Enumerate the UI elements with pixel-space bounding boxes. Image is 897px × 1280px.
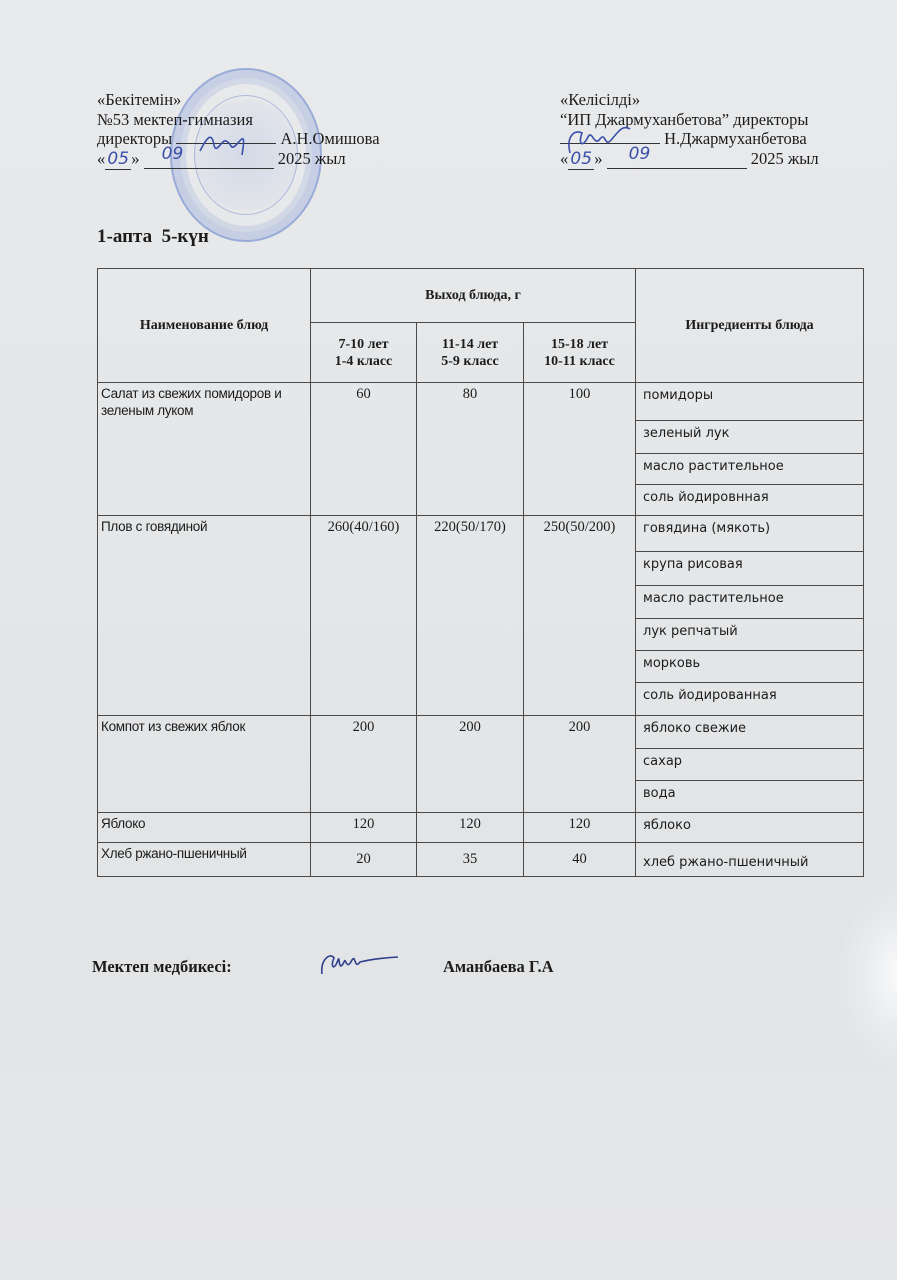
ingredient: вода [636,781,864,813]
dish-yield: 200 [417,716,524,813]
approval-left-date: «05» 09 2025 жыл [97,149,380,171]
approval-right: «Келісілді» “ИП Джармуханбетова” директо… [560,90,819,170]
approval-left-signature-line: директоры А.Н.Омишова [97,129,380,149]
dish-name: Плов с говядиной [98,516,311,716]
dish-yield: 40 [524,843,636,877]
header-age-group: 15-18 лет10-11 класс [524,323,636,383]
ingredient: говядина (мякоть) [636,516,864,552]
dish-yield: 120 [524,813,636,843]
dish-yield: 120 [311,813,417,843]
ingredient: хлеб ржано-пшеничный [636,843,864,877]
dish-yield: 60 [311,383,417,516]
week-day-heading: 1-апта 5-күн [97,226,209,248]
signature-left [176,143,276,144]
ingredient: морковь [636,651,864,683]
ingredient: лук репчатый [636,619,864,651]
ingredient: яблоко [636,813,864,843]
header-yield: Выход блюда, г [311,269,636,323]
dish-yield: 200 [524,716,636,813]
header-ingredients: Ингредиенты блюда [636,269,864,383]
dish-name: Компот из свежих яблок [98,716,311,813]
header-age-group: 11-14 лет5-9 класс [417,323,524,383]
ingredient: масло растительное [636,454,864,485]
dish-yield: 35 [417,843,524,877]
ingredient: масло растительное [636,586,864,619]
ingredient: соль йодировнная [636,485,864,516]
dish-yield: 100 [524,383,636,516]
dish-yield: 250(50/200) [524,516,636,716]
dish-yield: 120 [417,813,524,843]
dish-name: Салат из свежих помидоров и зеленым луко… [98,383,311,516]
approval-left-title: «Бекітемін» [97,90,380,110]
ingredient: помидоры [636,383,864,421]
table-row: Яблоко120120120яблоко [98,813,864,843]
nurse-name: Аманбаева Г.А [443,957,554,977]
table-row: Салат из свежих помидоров и зеленым луко… [98,383,864,421]
ingredient: крупа рисовая [636,552,864,586]
approval-left-org: №53 мектеп-гимназия [97,110,380,130]
table-row: Плов с говядиной260(40/160)220(50/170)25… [98,516,864,552]
table-row: Компот из свежих яблок200200200яблоко св… [98,716,864,749]
dish-yield: 260(40/160) [311,516,417,716]
nurse-label: Мектеп медбикесі: [92,957,232,977]
menu-table: Наименование блюд Выход блюда, г Ингреди… [97,268,864,877]
dish-yield: 220(50/170) [417,516,524,716]
approval-right-signature-line: Н.Джармуханбетова [560,129,819,149]
ingredient: зеленый лук [636,421,864,454]
dish-yield: 80 [417,383,524,516]
dish-name: Хлеб ржано-пшеничный [98,843,311,877]
dish-yield: 20 [311,843,417,877]
ingredient: сахар [636,749,864,781]
approval-right-title: «Келісілді» [560,90,819,110]
header-dish: Наименование блюд [98,269,311,383]
dish-name: Яблоко [98,813,311,843]
header-age-group: 7-10 лет1-4 класс [311,323,417,383]
dish-yield: 200 [311,716,417,813]
ingredient: соль йодированная [636,683,864,716]
photo-glare [837,880,897,1070]
approval-left: «Бекітемін» №53 мектеп-гимназия директор… [97,90,380,170]
nurse-signature-icon [316,948,406,980]
ingredient: яблоко свежие [636,716,864,749]
table-row: Хлеб ржано-пшеничный203540хлеб ржано-пше… [98,843,864,877]
